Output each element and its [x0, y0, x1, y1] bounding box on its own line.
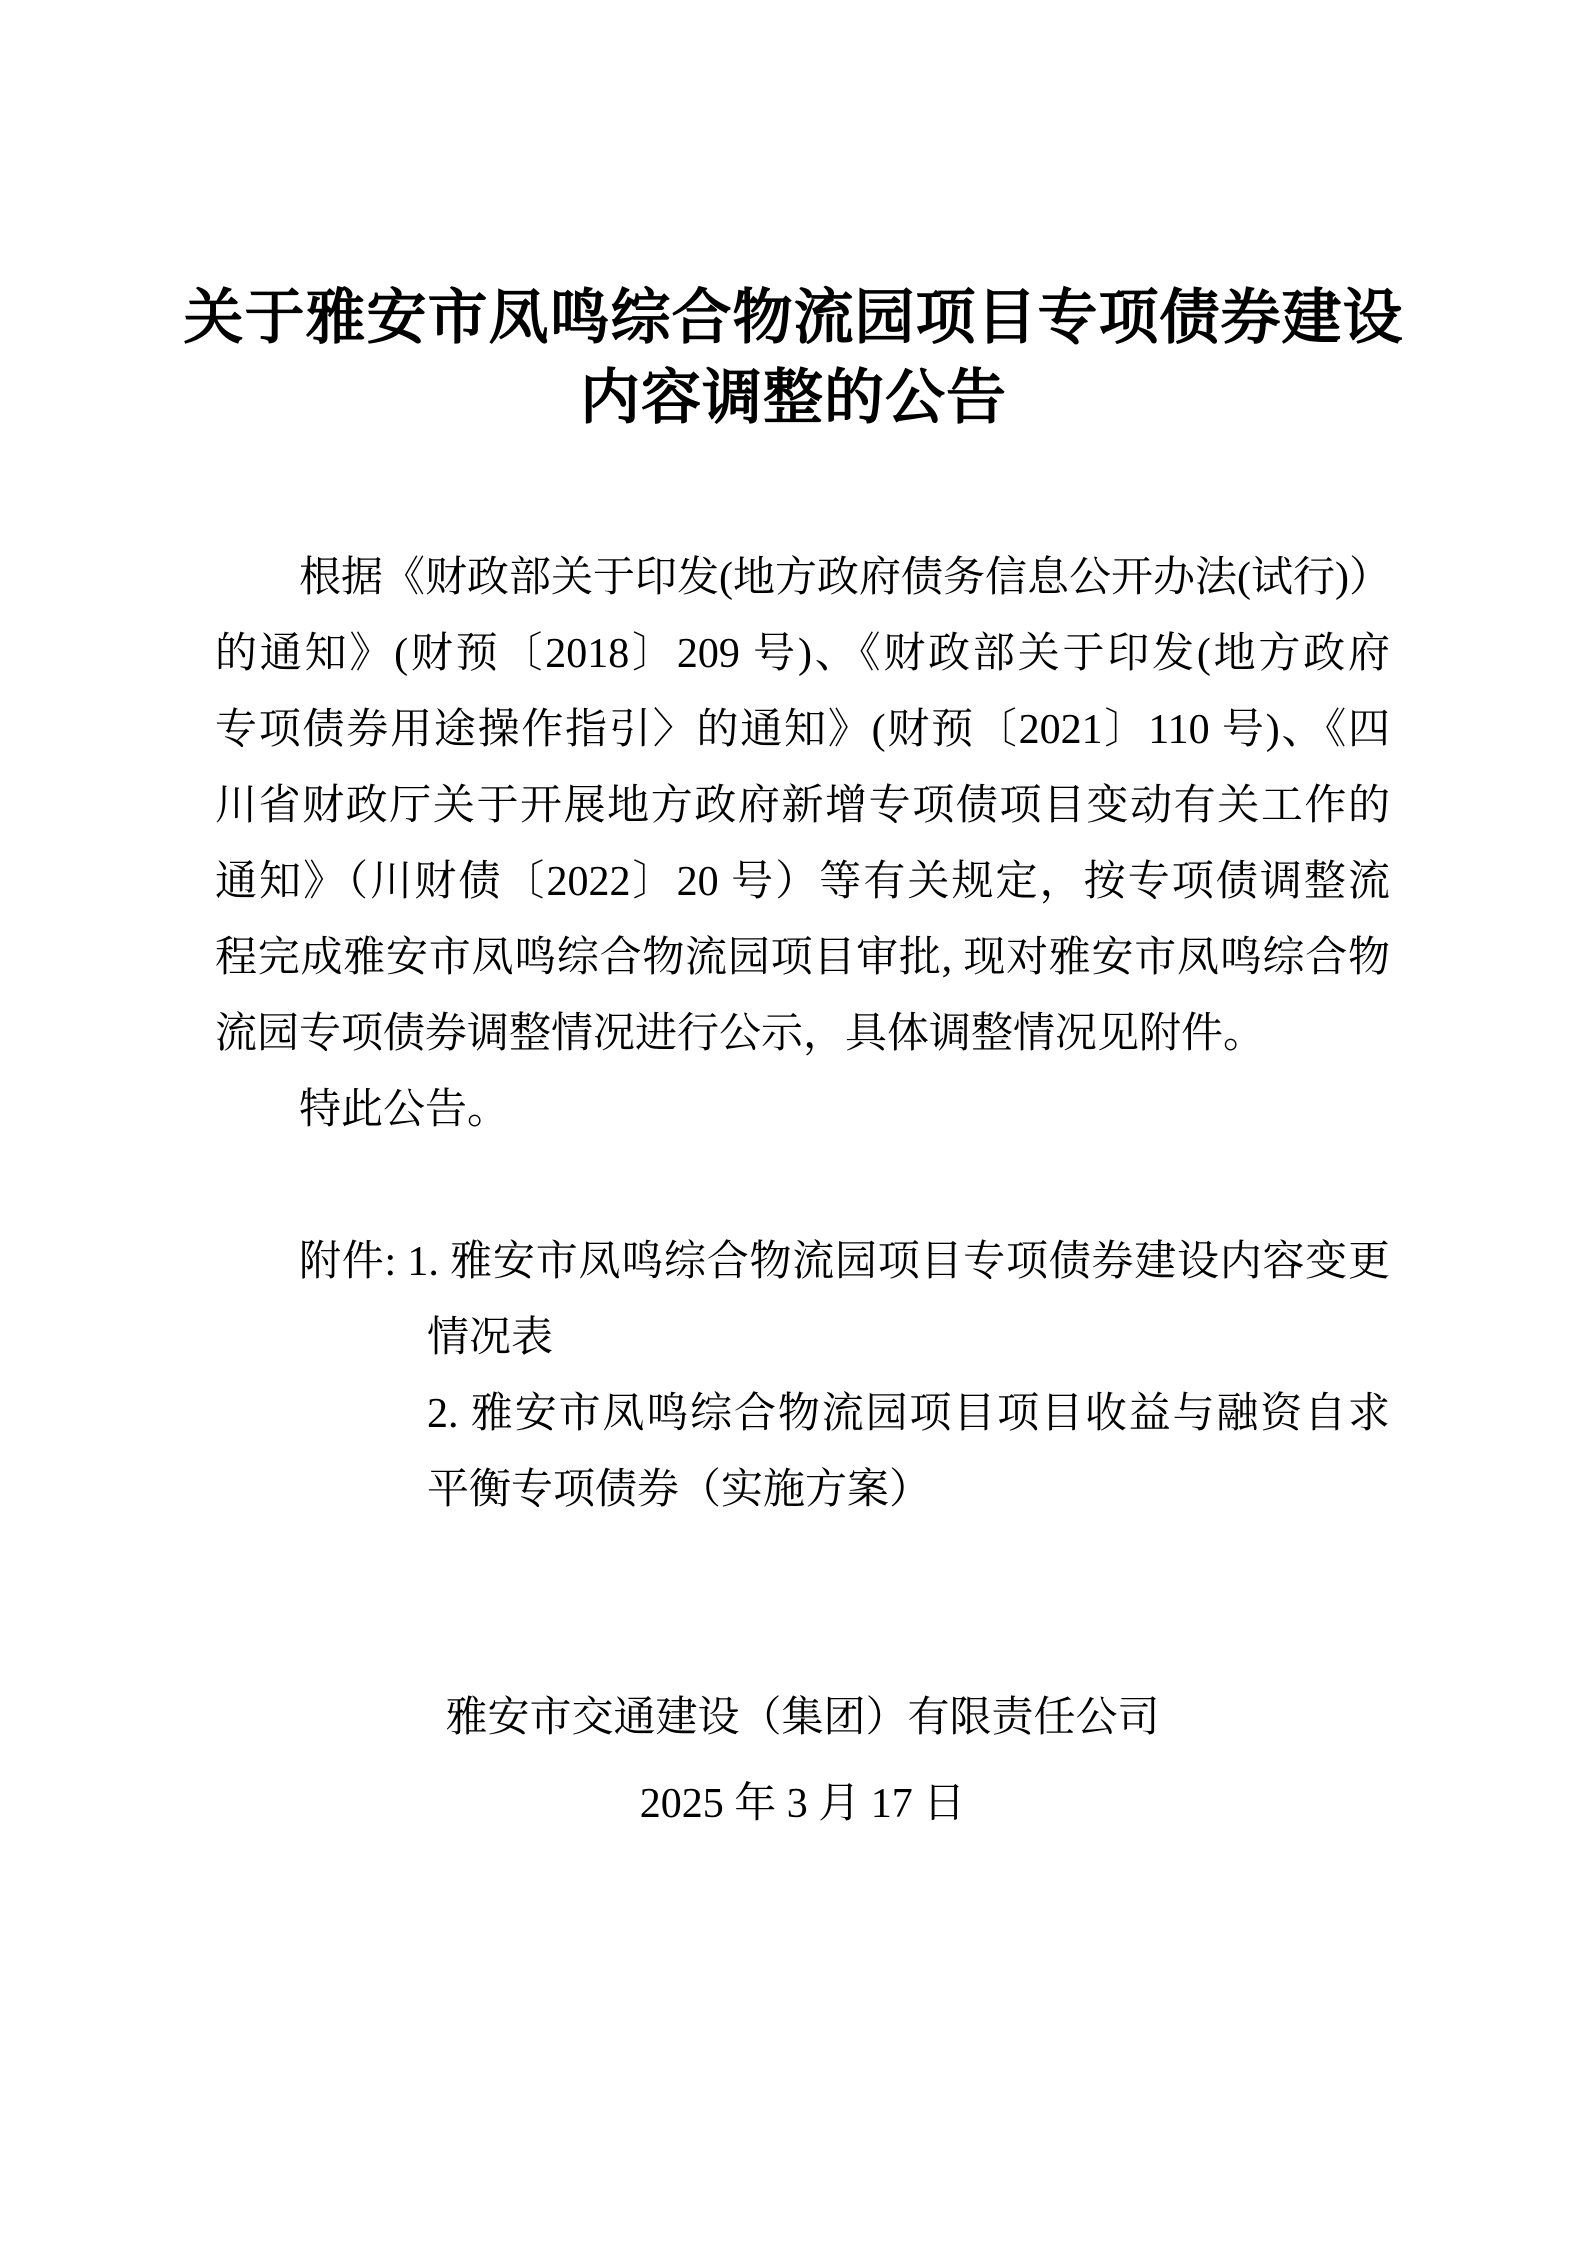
- title-line-2: 内容调整的公告: [0, 358, 1587, 438]
- paragraph-line: 川省财政厅关于开展地方政府新增专项债项目变动有关工作的: [215, 768, 1390, 844]
- paragraph-line: 专项债券用途操作指引〉的通知》(财预〔2021〕110 号)、《四: [215, 692, 1390, 768]
- blank-line: [215, 1148, 1390, 1224]
- title-line-1: 关于雅安市凤鸣综合物流园项目专项债券建设: [0, 278, 1587, 358]
- paragraph-line: 根据《财政部关于印发(地方政府债务信息公开办法(试行)）: [215, 540, 1390, 616]
- signature-line: 雅安市交通建设（集团）有限责任公司: [215, 1680, 1390, 1756]
- paragraph-line: 的通知》(财预〔2018〕209 号)、《财政部关于印发(地方政府: [215, 616, 1390, 692]
- paragraph-line: 流园专项债券调整情况进行公示，具体调整情况见附件。: [215, 996, 1390, 1072]
- date-line: 2025 年 3 月 17 日: [215, 1766, 1390, 1842]
- blank-line: [215, 1528, 1390, 1604]
- document-page: 关于雅安市凤鸣综合物流园项目专项债券建设 内容调整的公告 根据《财政部关于印发(…: [0, 0, 1587, 2245]
- attachment-line-4: 平衡专项债券（实施方案）: [215, 1452, 1390, 1528]
- document-body: 根据《财政部关于印发(地方政府债务信息公开办法(试行)） 的通知》(财预〔201…: [215, 540, 1390, 1842]
- paragraph-line: 通知》（川财债〔2022〕20 号）等有关规定，按专项债调整流: [215, 844, 1390, 920]
- attachment-line-1: 附件: 1. 雅安市凤鸣综合物流园项目专项债券建设内容变更: [215, 1224, 1390, 1300]
- paragraph-line: 程完成雅安市凤鸣综合物流园项目审批, 现对雅安市凤鸣综合物: [215, 920, 1390, 996]
- closing-line: 特此公告。: [215, 1072, 1390, 1148]
- page-title: 关于雅安市凤鸣综合物流园项目专项债券建设 内容调整的公告: [0, 278, 1587, 438]
- blank-line: [215, 1604, 1390, 1680]
- attachment-line-3: 2. 雅安市凤鸣综合物流园项目项目收益与融资自求: [215, 1376, 1390, 1452]
- attachment-line-2: 情况表: [215, 1300, 1390, 1376]
